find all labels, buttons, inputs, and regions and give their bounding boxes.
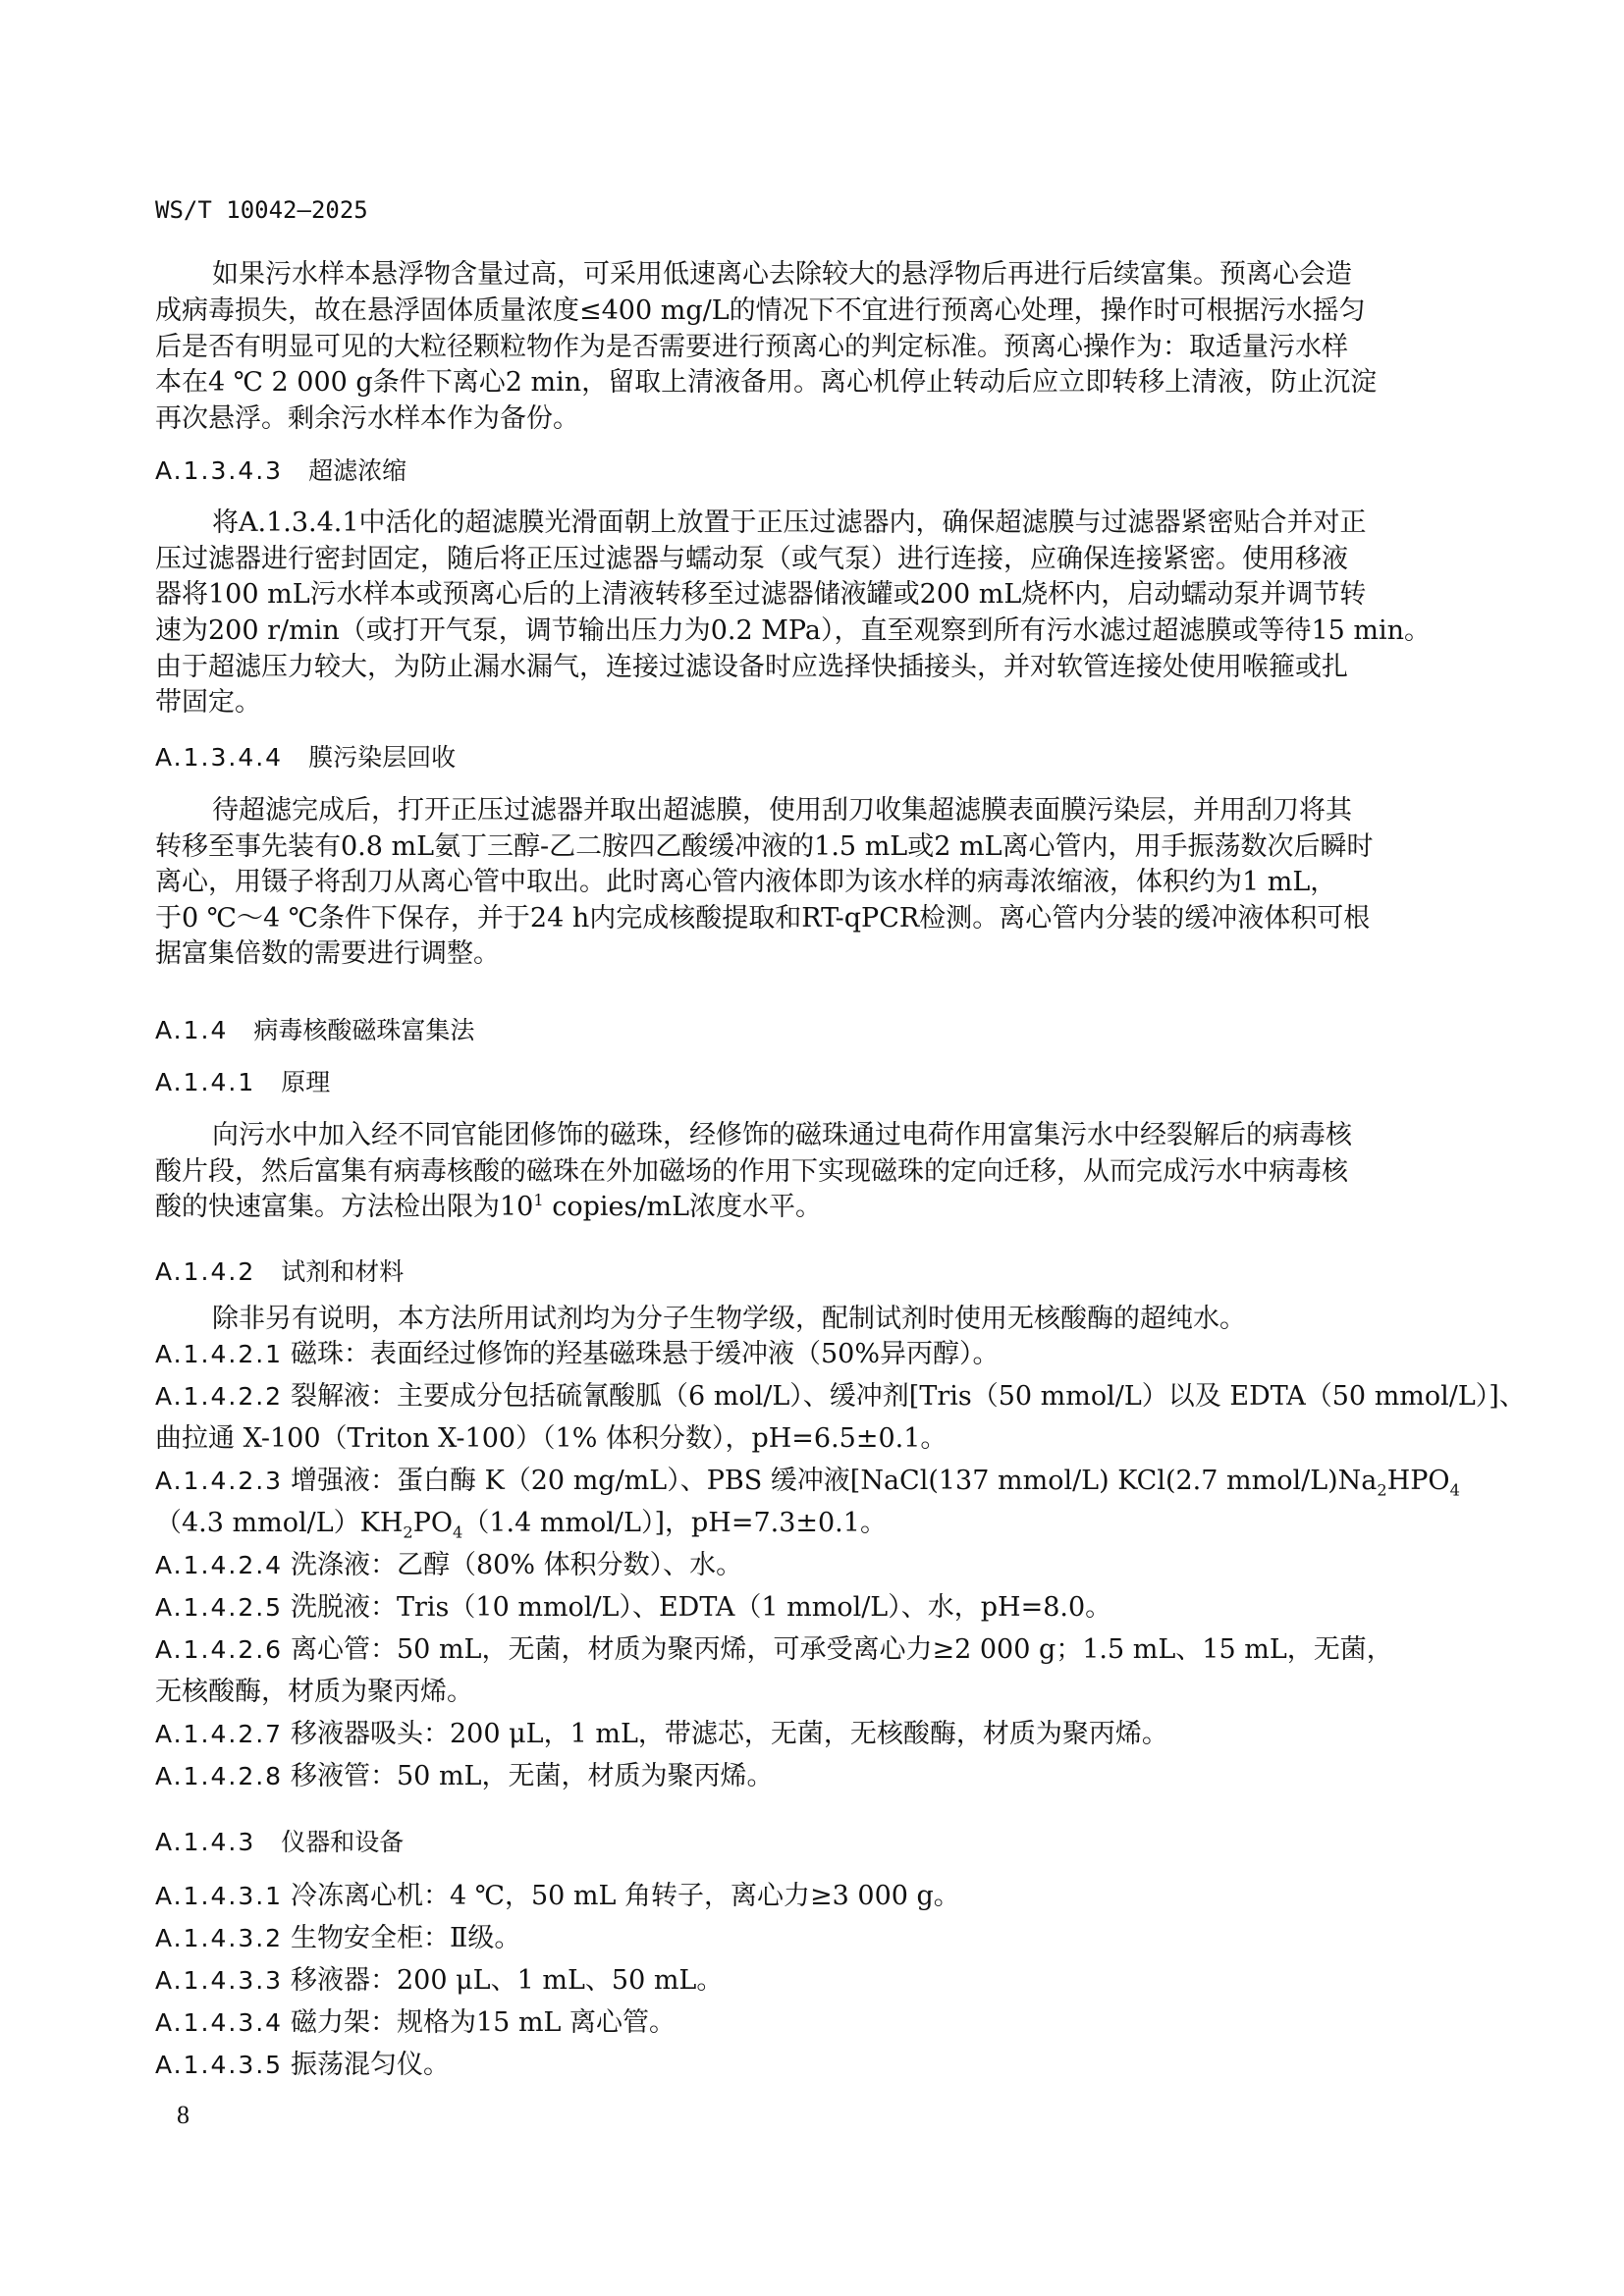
paragraph-line: 再次悬浮。剩余污水样本作为备份。	[155, 401, 1432, 437]
list-item-a14332: A.1.4.3.2生物安全柜：Ⅱ级。	[155, 1921, 520, 1956]
section-number: A.1.4	[155, 1013, 228, 1048]
paragraph-line: 向污水中加入经不同官能团修饰的磁珠，经修饰的磁珠通过电荷作用富集污水中经裂解后的…	[212, 1118, 1489, 1153]
item-text: 振荡混匀仪。	[291, 2050, 450, 2080]
item-text: HPO	[1387, 1466, 1450, 1496]
section-heading-a14: A.1.4病毒核酸磁珠富集法	[155, 1013, 474, 1048]
list-item-a14333: A.1.4.3.3移液器：200 μL、1 mL、50 mL。	[155, 1963, 723, 1999]
paragraph-line: 如果污水样本悬浮物含量过高，可采用低速离心去除较大的悬浮物后再进行后续富集。预离…	[212, 257, 1489, 293]
paragraph-line: 离心，用镊子将刮刀从离心管中取出。此时离心管内液体即为该水样的病毒浓缩液，体积约…	[155, 865, 1432, 900]
item-number: A.1.4.2.3	[155, 1464, 291, 1499]
item-text: 洗脱液：Tris（10 mmol/L）、EDTA（1 mmol/L）、水，pH=…	[291, 1592, 1111, 1623]
list-item-a14226: A.1.4.2.6离心管：50 mL，无菌，材质为聚丙烯，可承受离心力≥2 00…	[155, 1632, 1393, 1668]
paragraph-line: 待超滤完成后，打开正压过滤器并取出超滤膜，使用刮刀收集超滤膜表面膜污染层，并用刮…	[212, 793, 1489, 828]
section-number: A.1.3.4.4	[155, 740, 283, 775]
item-text: 洗涤液：乙醇（80% 体积分数）、水。	[291, 1550, 742, 1580]
section-title: 膜污染层回收	[308, 743, 456, 772]
section-heading-a141: A.1.4.1原理	[155, 1065, 330, 1100]
paragraph-line: 压过滤器进行密封固定，随后将正压过滤器与蠕动泵（或气泵）进行连接，应确保连接紧密…	[155, 542, 1432, 577]
item-text: （1.4 mmol/L）]，pH=7.3±0.1。	[462, 1508, 887, 1538]
item-text: 离心管：50 mL，无菌，材质为聚丙烯，可承受离心力≥2 000 g；1.5 m…	[291, 1634, 1393, 1665]
document-page: WS/T 10042—2025 如果污水样本悬浮物含量过高，可采用低速离心去除较…	[0, 0, 1624, 2296]
text-span: 酸的快速富集。方法检出限为10	[155, 1192, 533, 1222]
section-title: 病毒核酸磁珠富集法	[253, 1016, 474, 1044]
item-text: 生物安全柜：Ⅱ级。	[291, 1923, 520, 1953]
subscript: 2	[1377, 1480, 1386, 1499]
paragraph-line: 除非另有说明，本方法所用试剂均为分子生物学级，配制试剂时使用无核酸酶的超纯水。	[212, 1302, 1489, 1337]
item-text: 冷冻离心机：4 ℃，50 mL 角转子，离心力≥3 000 g。	[291, 1881, 960, 1911]
item-number: A.1.4.3.5	[155, 2048, 291, 2083]
paragraph-line: 酸片段，然后富集有病毒核酸的磁珠在外加磁场的作用下实现磁珠的定向迁移，从而完成污…	[155, 1154, 1432, 1190]
paragraph-line: 将A.1.3.4.1中活化的超滤膜光滑面朝上放置于正压过滤器内，确保超滤膜与过滤…	[212, 506, 1489, 541]
section-title: 试剂和材料	[281, 1257, 404, 1286]
item-number: A.1.4.2.2	[155, 1379, 291, 1415]
list-item-a14221: A.1.4.2.1磁珠：表面经过修饰的羟基磁珠悬于缓冲液（50%异丙醇）。	[155, 1337, 1000, 1372]
section-number: A.1.3.4.3	[155, 454, 283, 489]
subscript: 4	[453, 1522, 462, 1541]
subscript: 2	[403, 1522, 412, 1541]
paragraph-line: 速为200 r/min（或打开气泵，调节输出压力为0.2 MPa），直至观察到所…	[155, 614, 1432, 649]
item-text: 移液管：50 mL，无菌，材质为聚丙烯。	[291, 1761, 773, 1791]
item-text: 裂解液：主要成分包括硫氰酸胍（6 mol/L）、缓冲剂[Tris（50 mmol…	[291, 1381, 1526, 1412]
item-text: 增强液：蛋白酶 K（20 mg/mL）、PBS 缓冲液[NaCl(137 mmo…	[291, 1466, 1377, 1496]
item-number: A.1.4.3.3	[155, 1963, 291, 1999]
list-item-a14225: A.1.4.2.5洗脱液：Tris（10 mmol/L）、EDTA（1 mmol…	[155, 1590, 1111, 1626]
document-id-header: WS/T 10042—2025	[155, 196, 368, 224]
item-text: 磁珠：表面经过修饰的羟基磁珠悬于缓冲液（50%异丙醇）。	[291, 1339, 1000, 1369]
superscript: 1	[533, 1191, 543, 1209]
paragraph-line: 成病毒损失，故在悬浮固体质量浓度≤400 mg/L的情况下不宜进行预离心处理，操…	[155, 294, 1432, 329]
item-number: A.1.4.2.1	[155, 1337, 291, 1372]
item-number: A.1.4.3.1	[155, 1879, 291, 1914]
paragraph-line: 转移至事先装有0.8 mL氨丁三醇-乙二胺四乙酸缓冲液的1.5 mL或2 mL离…	[155, 829, 1432, 865]
item-text: 移液器：200 μL、1 mL、50 mL。	[291, 1965, 723, 1996]
section-heading-a13443: A.1.3.4.3超滤浓缩	[155, 454, 406, 489]
paragraph-line: 于0 ℃～4 ℃条件下保存，并于24 h内完成核酸提取和RT-qPCR检测。离心…	[155, 901, 1432, 936]
section-number: A.1.4.1	[155, 1065, 255, 1100]
section-title: 原理	[281, 1068, 330, 1096]
item-number: A.1.4.2.7	[155, 1717, 291, 1752]
item-text: （4.3 mmol/L）KH	[155, 1508, 403, 1538]
item-number: A.1.4.2.8	[155, 1759, 291, 1794]
item-number: A.1.4.3.4	[155, 2005, 291, 2041]
paragraph-line: 器将100 mL污水样本或预离心后的上清液转移至过滤器储液罐或200 mL烧杯内…	[155, 577, 1432, 613]
paragraph-line: 带固定。	[155, 685, 1432, 721]
item-continuation: 无核酸酶，材质为聚丙烯。	[155, 1675, 1432, 1710]
section-number: A.1.4.3	[155, 1825, 255, 1860]
section-heading-a13444: A.1.3.4.4膜污染层回收	[155, 740, 456, 775]
page-number: 8	[177, 2101, 189, 2130]
item-number: A.1.4.2.6	[155, 1632, 291, 1668]
list-item-a14228: A.1.4.2.8移液管：50 mL，无菌，材质为聚丙烯。	[155, 1759, 773, 1794]
subscript: 4	[1450, 1480, 1460, 1499]
section-title: 超滤浓缩	[308, 456, 406, 485]
item-continuation: （4.3 mmol/L）KH2PO4（1.4 mmol/L）]，pH=7.3±0…	[155, 1506, 1432, 1541]
paragraph-line: 酸的快速富集。方法检出限为101 copies/mL浓度水平。	[155, 1190, 1432, 1225]
item-continuation: 曲拉通 X-100（Triton X-100）（1% 体积分数），pH=6.5±…	[155, 1421, 1432, 1457]
list-item-a14335: A.1.4.3.5振荡混匀仪。	[155, 2048, 450, 2083]
item-text: 磁力架：规格为15 mL 离心管。	[291, 2007, 676, 2038]
section-heading-a143: A.1.4.3仪器和设备	[155, 1825, 404, 1860]
paragraph-line: 由于超滤压力较大，为防止漏水漏气，连接过滤设备时应选择快插接头，并对软管连接处使…	[155, 650, 1432, 685]
list-item-a14334: A.1.4.3.4磁力架：规格为15 mL 离心管。	[155, 2005, 676, 2041]
item-text: 移液器吸头：200 μL，1 mL，带滤芯，无菌，无核酸酶，材质为聚丙烯。	[291, 1719, 1168, 1749]
section-title: 仪器和设备	[281, 1828, 404, 1856]
item-text: PO	[413, 1508, 453, 1538]
list-item-a14223: A.1.4.2.3增强液：蛋白酶 K（20 mg/mL）、PBS 缓冲液[NaC…	[155, 1464, 1460, 1499]
list-item-a14331: A.1.4.3.1冷冻离心机：4 ℃，50 mL 角转子，离心力≥3 000 g…	[155, 1879, 960, 1914]
list-item-a14224: A.1.4.2.4洗涤液：乙醇（80% 体积分数）、水。	[155, 1548, 742, 1583]
list-item-a14227: A.1.4.2.7移液器吸头：200 μL，1 mL，带滤芯，无菌，无核酸酶，材…	[155, 1717, 1168, 1752]
text-span: copies/mL浓度水平。	[544, 1192, 822, 1222]
paragraph-line: 后是否有明显可见的大粒径颗粒物作为是否需要进行预离心的判定标准。预离心操作为：取…	[155, 330, 1432, 365]
list-item-a14222: A.1.4.2.2裂解液：主要成分包括硫氰酸胍（6 mol/L）、缓冲剂[Tri…	[155, 1379, 1526, 1415]
section-heading-a142: A.1.4.2试剂和材料	[155, 1255, 404, 1290]
paragraph-line: 据富集倍数的需要进行调整。	[155, 936, 1432, 972]
item-number: A.1.4.3.2	[155, 1921, 291, 1956]
section-number: A.1.4.2	[155, 1255, 255, 1290]
item-number: A.1.4.2.5	[155, 1590, 291, 1626]
paragraph-line: 本在4 ℃ 2 000 g条件下离心2 min，留取上清液备用。离心机停止转动后…	[155, 365, 1432, 400]
item-number: A.1.4.2.4	[155, 1548, 291, 1583]
